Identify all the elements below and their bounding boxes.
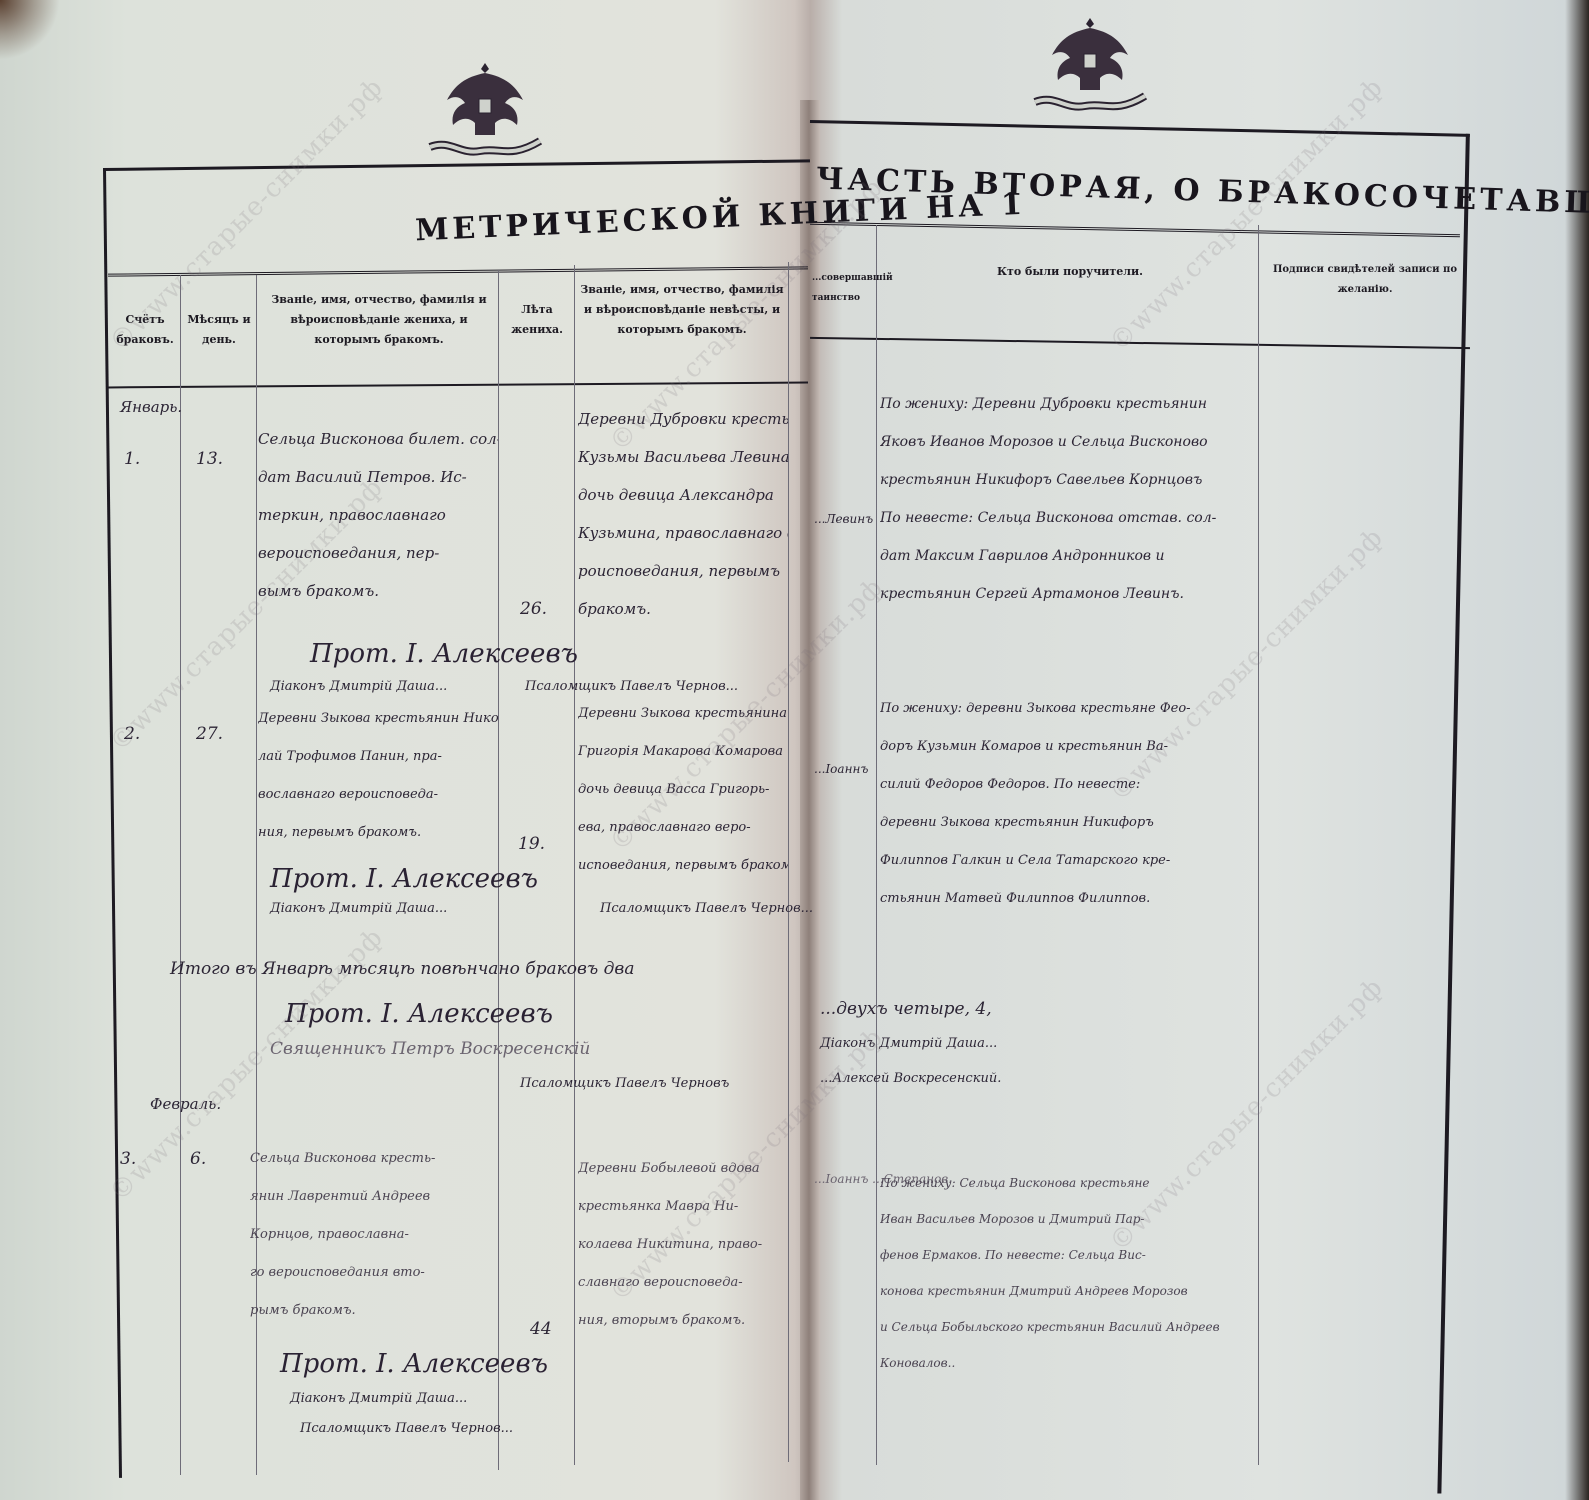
sureties-entry: По жениху: деревни Зыкова крестьяне Фео-…	[880, 690, 1270, 918]
text-line: го вероисповедания вто-	[250, 1254, 498, 1292]
text-line: Сельца Висконова кресть-	[250, 1140, 498, 1178]
deacon-signature: Діаконъ Дмитрій Даша...	[270, 890, 447, 928]
text-line: деревни Зыкова крестьянин Никифоръ	[880, 804, 1270, 842]
text-line: Кузьмина, православнаго ве-	[578, 514, 788, 552]
text-line: вославнаго вероисповеда-	[258, 776, 498, 814]
january-summary-continuation: ...двухъ четыре, 4,	[820, 990, 992, 1028]
text-line: янин Лаврентий Андреев	[250, 1178, 498, 1216]
groom-age: 26.	[520, 590, 547, 628]
text-line: лай Трофимов Панин, пра-	[258, 738, 498, 776]
officiant-fragment: ...Іоаннъ	[814, 750, 868, 788]
text-line: ния, вторымъ бракомъ.	[578, 1302, 788, 1340]
text-line: По невесте: Сельца Висконова отстав. сол…	[880, 499, 1270, 537]
priest-signature: Прот. І. Алексеевъ	[280, 1345, 548, 1383]
text-line: бракомъ.	[578, 590, 788, 628]
sureties-entry: По жениху: Сельца Висконова крестьяне Ив…	[880, 1165, 1270, 1381]
double-headed-eagle-icon	[425, 55, 545, 165]
entry-day: 6.	[190, 1140, 206, 1178]
right-page: 165 ЧАСТЬ ВТОРАЯ, О БРАКОСОЧЕТАВШИХСЯ. .…	[810, 0, 1589, 1500]
text-line: рымъ бракомъ.	[250, 1292, 498, 1330]
january-summary: Итого въ Январѣ мѣсяцѣ повѣнчано браковъ…	[170, 950, 634, 988]
column-header-groom-age: Лѣта жениха.	[502, 300, 572, 340]
entry-day: 13.	[196, 440, 223, 478]
text-line: Кузьмы Васильева Левина	[578, 438, 788, 476]
column-divider	[876, 225, 877, 1465]
text-line: Иван Васильев Морозов и Дмитрий Пар-	[880, 1201, 1270, 1237]
text-line: Деревни Зыкова крестьянин Нико-	[258, 700, 498, 738]
column-header-officiant: ...совершавшій таинство	[812, 268, 872, 308]
text-line: Яковъ Иванов Морозов и Сельца Висконово	[880, 423, 1270, 461]
double-headed-eagle-icon	[1030, 10, 1150, 120]
column-header-signatures: Подписи свидѣтелей записи по желанію.	[1270, 260, 1460, 300]
text-line: силий Федоров Федоров. По невесте:	[880, 766, 1270, 804]
text-line: роисповедания, первымъ	[578, 552, 788, 590]
text-line: стьянин Матвей Филиппов Филиппов.	[880, 880, 1270, 918]
text-line: дочь девица Александра	[578, 476, 788, 514]
text-line: конова крестьянин Дмитрий Андреев Морозо…	[880, 1273, 1270, 1309]
column-divider	[180, 275, 181, 1475]
text-line: Корнцов, православна-	[250, 1216, 498, 1254]
column-header-groom: Званіе, имя, отчество, фамилія и вѣроисп…	[262, 290, 496, 350]
book-spread: МЕТРИЧЕСКОЙ КНИГИ НА 1 Счётъ браковъ. Мѣ…	[0, 0, 1589, 1500]
entry-count: 1.	[124, 440, 140, 478]
groom-entry: Сельца Висконова кресть- янин Лаврентий …	[250, 1140, 498, 1330]
text-line: ния, первымъ бракомъ.	[258, 814, 498, 852]
text-line: крестьянин Никифоръ Савельев Корнцовъ	[880, 461, 1270, 499]
text-line: Сельца Висконова билет. сол-	[258, 420, 498, 458]
officiant-fragment: ...Левинъ	[814, 500, 873, 538]
text-line: исповедания, первымъ бракомъ.	[578, 847, 788, 885]
text-line: дат Максим Гаврилов Андронников и	[880, 537, 1270, 575]
groom-age: 44	[530, 1310, 552, 1348]
month-label-january: Январь.	[120, 388, 182, 426]
text-line: крестьянин Сергей Артамонов Левинъ.	[880, 575, 1270, 613]
psalmist-signature: Псаломщикъ Павелъ Чернов...	[300, 1410, 513, 1448]
text-line: фенов Ермаков. По невесте: Сельца Вис-	[880, 1237, 1270, 1273]
text-line: Филиппов Галкин и Села Татарского кре-	[880, 842, 1270, 880]
summary-psalmist-signature: Псаломщикъ Павелъ Черновъ	[520, 1065, 729, 1103]
sureties-entry: По жениху: Деревни Дубровки крестьянин Я…	[880, 385, 1270, 613]
text-line: Коновалов..	[880, 1345, 1270, 1381]
entry-day: 27.	[196, 715, 223, 753]
text-line: По жениху: Деревни Дубровки крестьянин	[880, 385, 1270, 423]
column-header-date: Мѣсяцъ и день.	[184, 310, 254, 350]
psalmist-signature: Псаломщикъ Павелъ Чернов...	[600, 890, 813, 928]
groom-age: 19.	[518, 825, 545, 863]
text-line: доръ Кузьмин Комаров и крестьянин Ва-	[880, 728, 1270, 766]
text-line: и Сельца Бобыльского крестьянин Василий …	[880, 1309, 1270, 1345]
groom-entry: Деревни Зыкова крестьянин Нико- лай Троф…	[258, 700, 498, 852]
summary-priest-2-signature: Священникъ Петръ Воскресенскій	[270, 1030, 590, 1068]
column-divider	[574, 265, 575, 1465]
